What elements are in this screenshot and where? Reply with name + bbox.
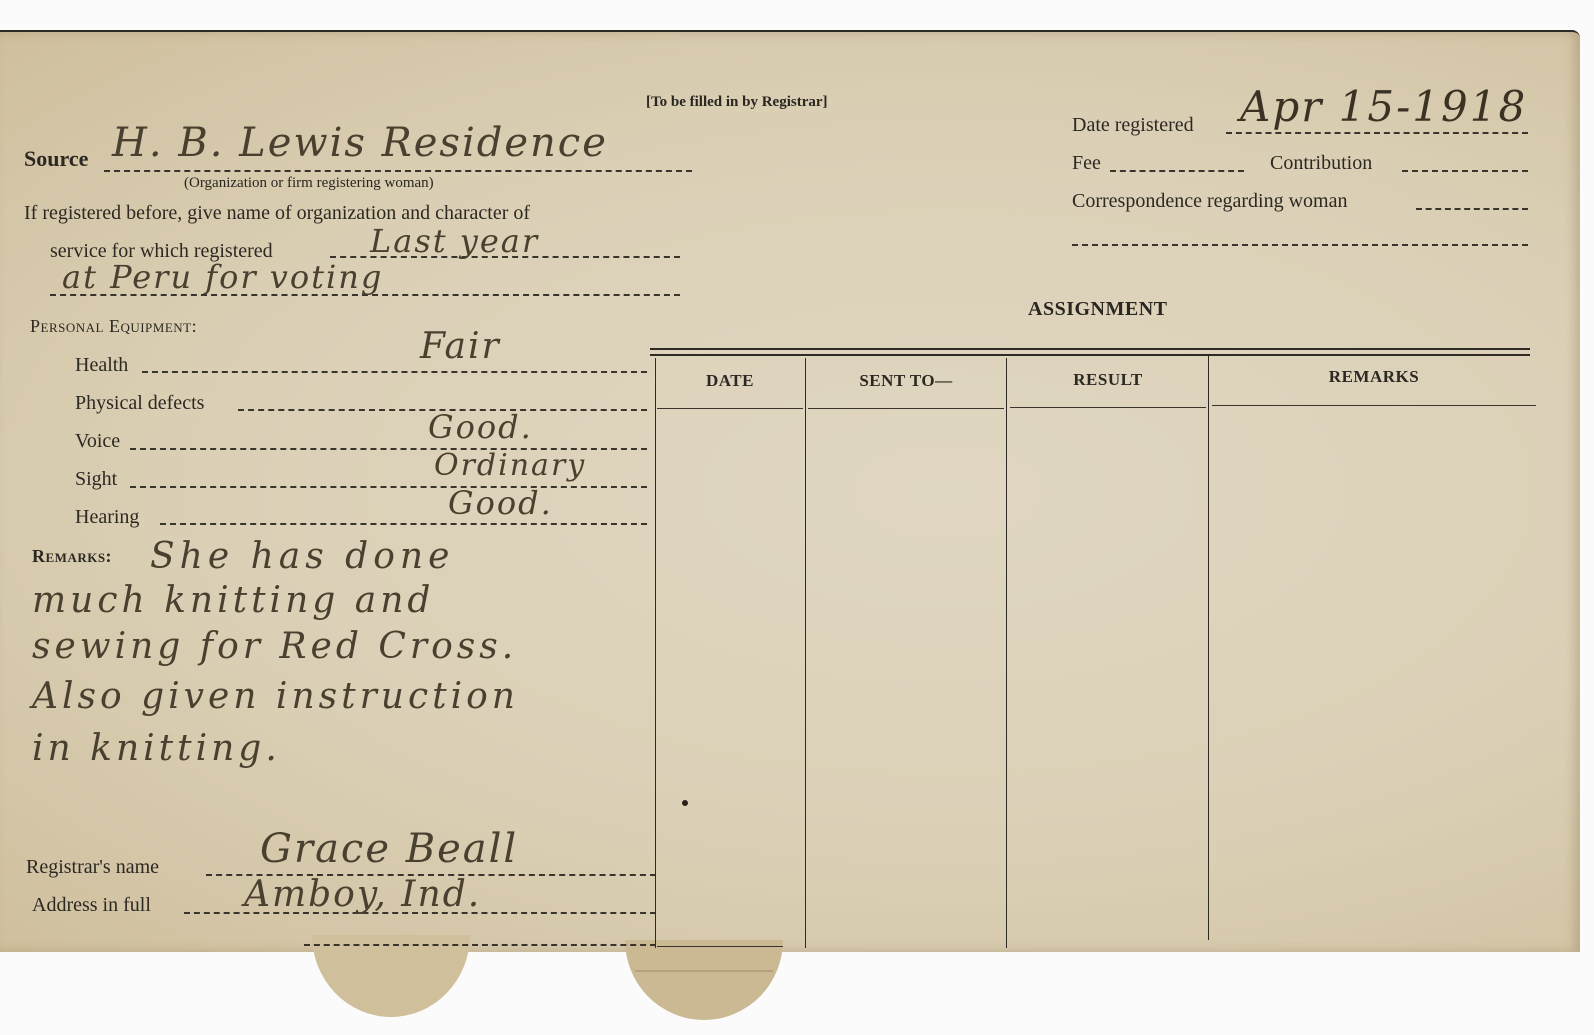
header-underline (808, 408, 1004, 409)
remarks-column-cells[interactable] (1212, 416, 1536, 941)
source-label: Source (24, 146, 88, 172)
column-header-result: RESULT (1010, 370, 1206, 390)
fee-line (1110, 170, 1244, 172)
source-line (104, 170, 692, 172)
card-tab-left (312, 935, 470, 1017)
table-border-left (655, 358, 656, 948)
personal-equipment-heading: Personal Equipment: (30, 316, 197, 337)
address-label: Address in full (32, 894, 151, 917)
registrar-name-value[interactable]: Grace Beall (260, 826, 518, 872)
table-divider (805, 358, 806, 948)
remarks-line: Also given instruction (32, 676, 519, 717)
date-registered-value[interactable]: Apr 15-1918 (1240, 82, 1527, 131)
remarks-line: in knitting. (32, 728, 281, 769)
card-tab-right (625, 940, 783, 1020)
correspondence-label: Correspondence regarding woman (1072, 190, 1347, 213)
sight-label: Sight (75, 468, 117, 491)
previous-registration-value-1[interactable]: Last year (370, 222, 539, 260)
result-column-cells[interactable] (1010, 416, 1206, 941)
fee-label: Fee (1072, 152, 1101, 175)
sight-value[interactable]: Ordinary (434, 448, 586, 483)
source-caption: (Organization or firm registering woman) (184, 175, 434, 192)
remarks-line: She has done (150, 536, 454, 577)
health-label: Health (75, 354, 128, 377)
hearing-value[interactable]: Good. (448, 484, 553, 522)
remarks-line: sewing for Red Cross. (32, 626, 517, 667)
ink-dot (682, 800, 688, 806)
registrar-name-label: Registrar's name (26, 856, 159, 879)
physical-defects-label: Physical defects (75, 392, 204, 415)
header-underline (657, 408, 803, 409)
voice-label: Voice (75, 430, 120, 453)
date-registered-line (1226, 132, 1528, 134)
hearing-label: Hearing (75, 506, 139, 529)
date-registered-label: Date registered (1072, 114, 1194, 137)
table-bottom-rule (657, 946, 783, 947)
address-value[interactable]: Amboy, Ind. (244, 874, 481, 915)
column-header-date: DATE (657, 371, 803, 391)
source-value[interactable]: H. B. Lewis Residence (112, 120, 608, 166)
contribution-label: Contribution (1270, 152, 1372, 175)
column-header-remarks: REMARKS (1212, 367, 1536, 387)
column-header-sent-to: SENT TO— (808, 371, 1004, 391)
health-line (142, 371, 647, 373)
assignment-title: ASSIGNMENT (1028, 298, 1167, 321)
table-divider (1208, 356, 1209, 940)
correspondence-line (1416, 208, 1528, 210)
contribution-line (1402, 170, 1528, 172)
sent-to-column-cells[interactable] (808, 416, 1004, 941)
remarks-line: much knitting and (32, 580, 434, 621)
sight-line (130, 486, 647, 488)
health-value[interactable]: Fair (420, 326, 501, 367)
address-line-2 (304, 944, 656, 946)
previous-registration-value-2[interactable]: at Peru for voting (62, 258, 383, 296)
header-underline (1212, 405, 1536, 406)
header-underline (1010, 407, 1206, 408)
remarks-label: Remarks: (32, 546, 112, 567)
table-divider (1006, 358, 1007, 948)
voice-value[interactable]: Good. (428, 408, 533, 446)
correspondence-line-2 (1072, 244, 1528, 246)
assignment-top-rule (650, 348, 1530, 356)
registrar-note: [To be filled in by Registrar] (646, 94, 828, 111)
hearing-line (160, 523, 647, 525)
date-column-cells[interactable] (657, 416, 803, 941)
